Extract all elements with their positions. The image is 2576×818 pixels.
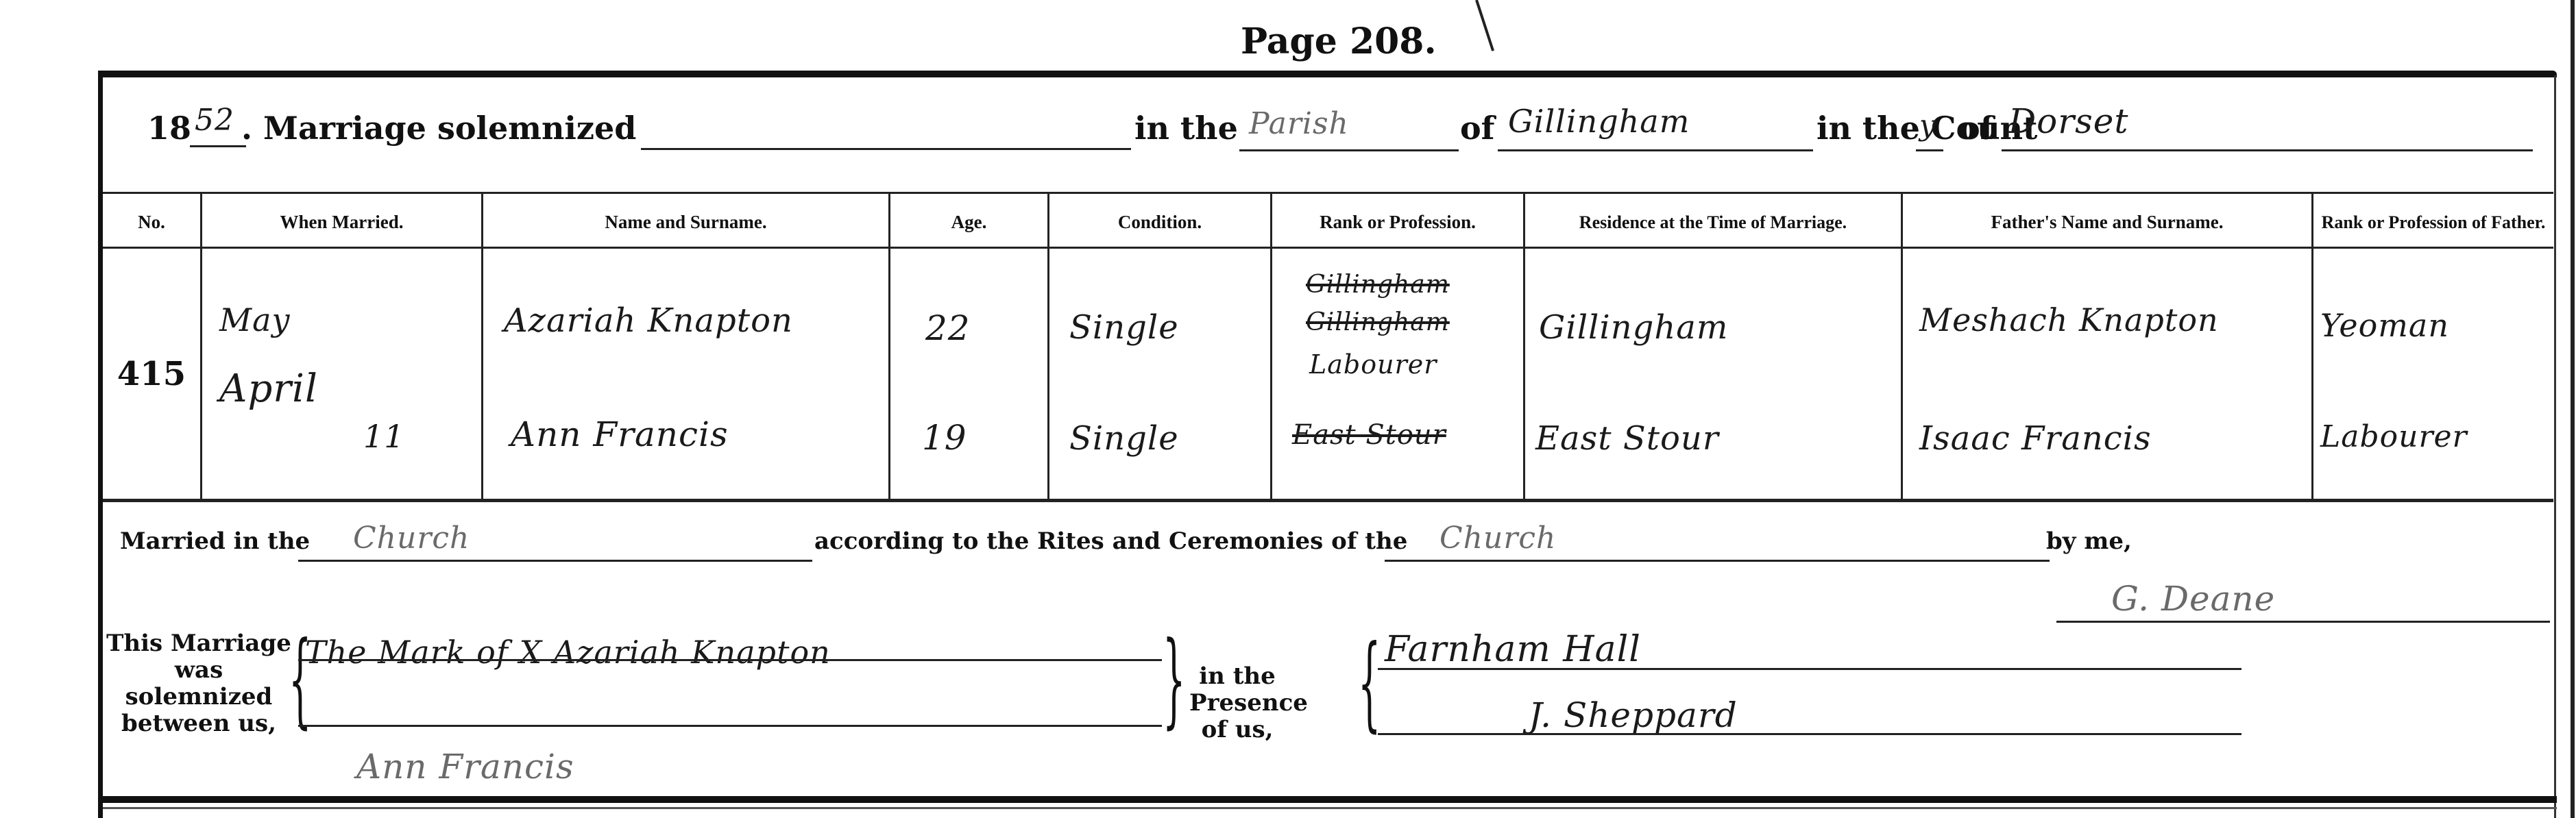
groom-condition: Single — [1069, 308, 1179, 347]
presence-line-3: of us, — [1189, 717, 1285, 743]
col-header-no: No. — [103, 199, 200, 247]
col-header-father-rank: Rank or Profession of Father. — [2313, 199, 2553, 247]
heading-of: of — [1460, 110, 1494, 147]
witness-2-line — [1378, 733, 2241, 735]
heading-of-county: of — [1959, 110, 1993, 147]
pen-stroke-mark — [1475, 0, 1494, 51]
bride-father-name: Isaac Francis — [1919, 419, 2152, 458]
col-header-father-name: Father's Name and Surname. — [1903, 199, 2311, 247]
groom-rank: Labourer — [1309, 349, 1437, 380]
between-us-label: This Marriage was solemnized between us, — [103, 630, 295, 737]
col-header-age: Age. — [890, 199, 1047, 247]
groom-age: 22 — [925, 308, 971, 348]
witness-2-signature: J. Sheppard — [1529, 695, 1738, 735]
col-header-condition: Condition. — [1049, 199, 1270, 247]
bride-condition: Single — [1069, 419, 1179, 458]
bride-age: 19 — [922, 418, 967, 458]
groom-signature: The Mark of X Azariah Knapton — [305, 634, 831, 671]
bride-father-rank: Labourer — [2320, 419, 2468, 454]
groom-residence: Gillingham — [1539, 308, 1728, 347]
table-header-rule — [103, 247, 2553, 249]
witness-1-line — [1378, 668, 2241, 670]
page-edge — [2571, 0, 2575, 818]
heading-year-prefix: 18 — [147, 110, 191, 147]
when-married-line1: May — [219, 301, 291, 338]
witness-1-signature: Farnham Hall — [1385, 629, 1641, 670]
right-brace-open: { — [1358, 623, 1381, 743]
between-us-line-2: was — [103, 657, 295, 684]
col-header-rank: Rank or Profession. — [1272, 199, 1523, 247]
heading-year-value: 52 — [195, 103, 234, 138]
when-married-line2: April — [219, 367, 318, 411]
bride-rank-struck: East Stour — [1292, 419, 1446, 451]
groom-father-rank: Yeoman — [2320, 307, 2449, 344]
place-underline — [1498, 149, 1813, 151]
according-to-label: according to the Rites and Ceremonies of… — [814, 528, 1407, 555]
rites-underline — [1385, 560, 2050, 562]
district-type-value: Parish — [1249, 106, 1349, 141]
frame-left-border — [98, 71, 103, 818]
groom-father-name: Meshach Knapton — [1919, 301, 2219, 338]
between-us-line-1: This Marriage — [103, 630, 295, 657]
bride-name: Ann Francis — [511, 414, 729, 454]
entry-number: 415 — [103, 250, 200, 498]
when-married-day: 11 — [363, 418, 405, 455]
heading-in-the: in the — [1134, 110, 1238, 147]
between-us-line-4: between us, — [103, 710, 295, 737]
county-value: Dorset — [2008, 101, 2128, 141]
district-type-underline — [1239, 149, 1459, 151]
officiant-underline — [2056, 621, 2550, 623]
frame-top-border — [103, 71, 2557, 77]
frame-bottom-rule — [103, 807, 2557, 809]
rites-value: Church — [1439, 521, 1556, 556]
venue-underline — [298, 560, 812, 562]
place-value: Gillingham — [1508, 103, 1690, 140]
county-suffix: y — [1919, 108, 1936, 142]
presence-line-1: in the — [1189, 663, 1285, 690]
col-header-name: Name and Surname. — [483, 199, 888, 247]
year-underline — [190, 145, 246, 147]
frame-bottom-border — [103, 796, 2557, 803]
groom-signature-line — [298, 659, 1162, 661]
table-bottom-rule — [103, 499, 2553, 502]
groom-rank-struck-2: Gillingham — [1306, 308, 1450, 336]
solemnized-blank-line — [641, 148, 1131, 150]
frame-right-border — [2554, 75, 2556, 818]
table-top-rule — [103, 192, 2553, 194]
presence-label: in the Presence of us, — [1189, 663, 1285, 743]
bride-residence: East Stour — [1535, 419, 1719, 458]
page-number: Page 208. — [1241, 21, 1437, 62]
bride-signature: Ann Francis — [356, 747, 574, 786]
by-me-label: by me, — [2046, 528, 2132, 555]
col-header-when-married: When Married. — [202, 199, 481, 247]
bride-signature-line — [298, 725, 1162, 727]
county-underline — [2002, 149, 2533, 151]
left-brace-close: } — [1163, 620, 1185, 739]
officiant-signature: G. Deane — [2111, 579, 2275, 619]
groom-name: Azariah Knapton — [504, 301, 793, 340]
married-in-the-label: Married in the — [120, 528, 310, 555]
groom-rank-struck-1: Gillingham — [1306, 271, 1450, 299]
between-us-line-3: solemnized — [103, 684, 295, 710]
county-suffix-underline — [1916, 149, 1943, 151]
col-header-residence: Residence at the Time of Marriage. — [1525, 199, 1901, 247]
heading-marriage-solemnized: . Marriage solemnized — [241, 110, 636, 147]
venue-value: Church — [353, 521, 470, 556]
presence-line-2: Presence — [1189, 690, 1285, 717]
